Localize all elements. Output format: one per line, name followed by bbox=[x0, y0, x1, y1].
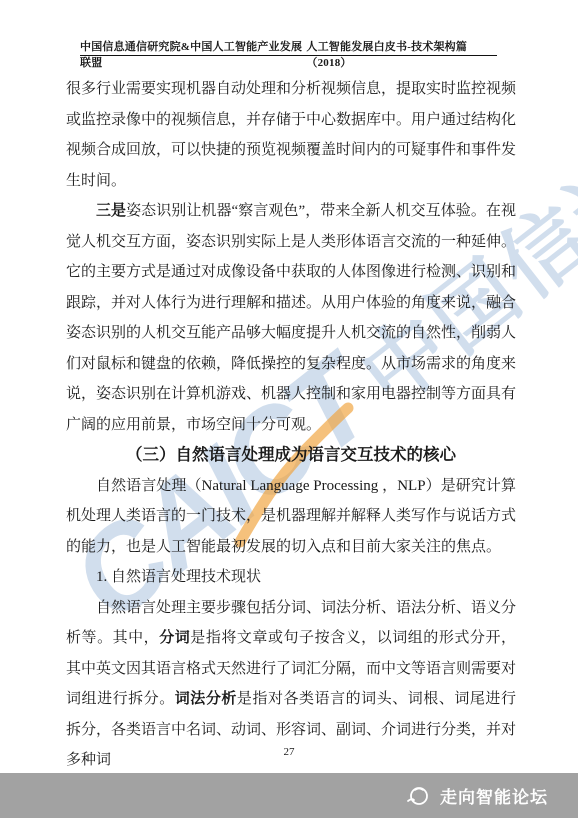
forum-banner-label: 走向智能论坛 bbox=[440, 783, 548, 808]
paragraph-gesture-recognition: 三是姿态识别让机器“察言观色”，带来全新人机交互体验。在视觉人机交互方面，姿态识… bbox=[66, 196, 516, 440]
header-right-text: 人工智能发展白皮书-技术架构篇（2018） bbox=[306, 38, 497, 70]
header-rule bbox=[80, 55, 497, 56]
header-left-text: 中国信息通信研究院&中国人工智能产业发展联盟 bbox=[80, 38, 306, 70]
forum-banner: 走向智能论坛 bbox=[0, 773, 578, 818]
forum-logo-icon bbox=[405, 783, 431, 809]
nlp-steps-bold-cifa: 词法分析 bbox=[175, 691, 237, 707]
paragraph-body-text: 姿态识别让机器“察言观色”，带来全新人机交互体验。在视觉人机交互方面，姿态识别实… bbox=[66, 203, 516, 433]
paragraph-lead-bold: 三是 bbox=[96, 203, 126, 219]
paragraph-video-processing: 很多行业需要实现机器自动处理和分析视频信息，提取实时监控视频或监控录像中的视频信… bbox=[66, 74, 516, 196]
subsection-heading-nlp-status: 1. 自然语言处理技术现状 bbox=[66, 562, 516, 593]
document-page: CAICT中国信通院 中国信息通信研究院&中国人工智能产业发展联盟 人工智能发展… bbox=[0, 0, 578, 818]
paragraph-nlp-definition: 自然语言处理（Natural Language Processing ，NLP）… bbox=[66, 471, 516, 563]
page-header: 中国信息通信研究院&中国人工智能产业发展联盟 人工智能发展白皮书-技术架构篇（2… bbox=[80, 38, 497, 70]
document-body: 很多行业需要实现机器自动处理和分析视频信息，提取实时监控视频或监控录像中的视频信… bbox=[66, 74, 516, 776]
page-number: 27 bbox=[0, 746, 578, 758]
section-heading-nlp: （三）自然语言处理成为语言交互技术的核心 bbox=[66, 440, 516, 471]
nlp-steps-bold-fenci: 分词 bbox=[159, 630, 190, 646]
